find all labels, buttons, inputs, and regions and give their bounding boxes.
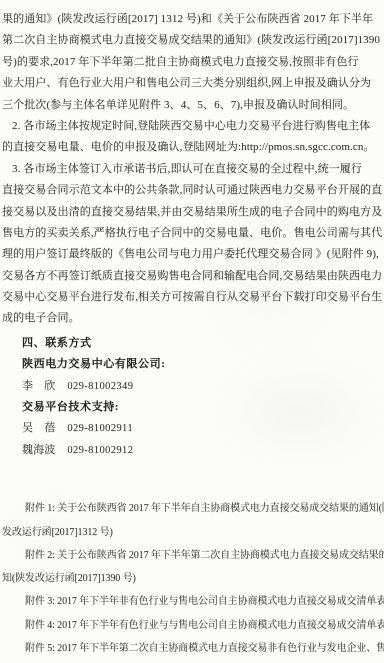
attachment-line-5: 附件 5: 2017 年下半年第二次自主协商模式电力直接交易非有色行业与发电企业… xyxy=(2,637,384,660)
notice-body: 果的通知》(陕发改运行函[2017] 1312 号)和《关于公布陕西省 2017… xyxy=(0,0,384,330)
contact-person-phone: 029-81002911 xyxy=(67,423,133,434)
attachment-line-1: 附件 1: 关于公布陕西省 2017 年下半年自主协商模式电力直接交易成交结果的… xyxy=(2,497,384,520)
body-line: 成的电子合同。 xyxy=(2,308,384,329)
attachment-line-3: 附件 3: 2017 年下半年非有色行业与售电公司自主协商模式电力直接交易成交清… xyxy=(2,590,384,613)
body-line-item-2: 2. 各市场主体按规定时间,登陆陕西交易中心电力交易平台进行购售电主体 xyxy=(2,116,384,137)
body-line: 果的通知》(陕发改运行函[2017] 1312 号)和《关于公布陕西省 2017… xyxy=(2,9,384,30)
scanned-notice-page: 果的通知》(陕发改运行函[2017] 1312 号)和《关于公布陕西省 2017… xyxy=(0,0,384,663)
contact-person-name: 李 欣 xyxy=(22,376,55,397)
contact-person-phone: 029-81002349 xyxy=(67,381,133,392)
body-line: 交易各方不再签订纸质直接交易购售电合同和输配电合同,交易结果由陕西电力 xyxy=(2,266,384,287)
body-line-login-url: 的直接交易电量、电价的申报及确认,登陆网址为:http://pmos.sn.sg… xyxy=(2,137,384,158)
body-line: 三个批次(参与主体名单详见附件 3、4、5、6、7),申报及确认时间相同。 xyxy=(2,95,384,116)
body-line: 号)的要求,2017 年下半年第二批自主协商模式电力直接交易,按照非有色行 xyxy=(2,52,384,73)
attachment-line-2: 附件 2: 关于公布陕西省 2017 年下半年第二次自主协商模式电力直接交易成交… xyxy=(2,544,384,567)
attachments-list: 附件 1: 关于公布陕西省 2017 年下半年自主协商模式电力直接交易成交结果的… xyxy=(0,497,384,660)
contact-person: 李 欣029-81002349 xyxy=(22,376,384,397)
contact-person-name: 魏海波 xyxy=(22,440,55,461)
contact-person: 吴 蓓029-81002911 xyxy=(22,418,384,439)
contacts-company-heading: 陕西电力交易中心有限公司: xyxy=(22,354,384,375)
body-line: 业大用户、有色行业大用户和售电公司三大类分别组织,网上申报及确认分为 xyxy=(2,73,384,94)
body-line: 售电方的买卖关系,严格执行电子合同中的交易电量、电价。售电公司需与其代 xyxy=(2,223,384,244)
contacts-section-heading: 四、联系方式 xyxy=(22,333,384,354)
body-line: 第二次自主协商模式电力直接交易成交结果的通知》(陕发改运行函[2017]1390 xyxy=(2,30,384,51)
body-line: 接交易以及出清的直接交易结果,并由交易结果所生成的电子合同中的购电方及 xyxy=(2,202,384,223)
body-line: 直接交易合同示范文本中的公共条款,同时认可通过陕西电力交易平台开展的直 xyxy=(2,180,384,201)
attachment-line-1-continued: 发改运行函[2017]1312 号) xyxy=(2,521,384,544)
body-line: 理的用户签订最终版的《售电公司与电力用户委托代理交易合同 》(见附件 9), xyxy=(2,244,384,265)
attachment-line-4: 附件 4: 2017 年下半年有色行业与与售电公司自主协商模式电力直接交易成交清… xyxy=(2,614,384,637)
body-line: 交易中心交易平台进行发布,相关方可按需自行从交易平台下载打印交易平台生 xyxy=(2,287,384,308)
contact-person: 魏海波029-81002912 xyxy=(22,440,384,461)
attachment-line-2-continued: 知(陕发改运行函[2017]1390 号) xyxy=(2,567,384,590)
contact-person-phone: 029-81002912 xyxy=(67,445,133,456)
contacts-support-heading: 交易平台技术支持: xyxy=(22,397,384,418)
contact-person-name: 吴 蓓 xyxy=(22,418,55,439)
contacts-section: 四、联系方式 陕西电力交易中心有限公司: 李 欣029-81002349 交易平… xyxy=(0,333,384,461)
body-line-item-3: 3. 各市场主体签订入市承诺书后,即认可在直接交易的全过程中,统一履行 xyxy=(2,159,384,180)
